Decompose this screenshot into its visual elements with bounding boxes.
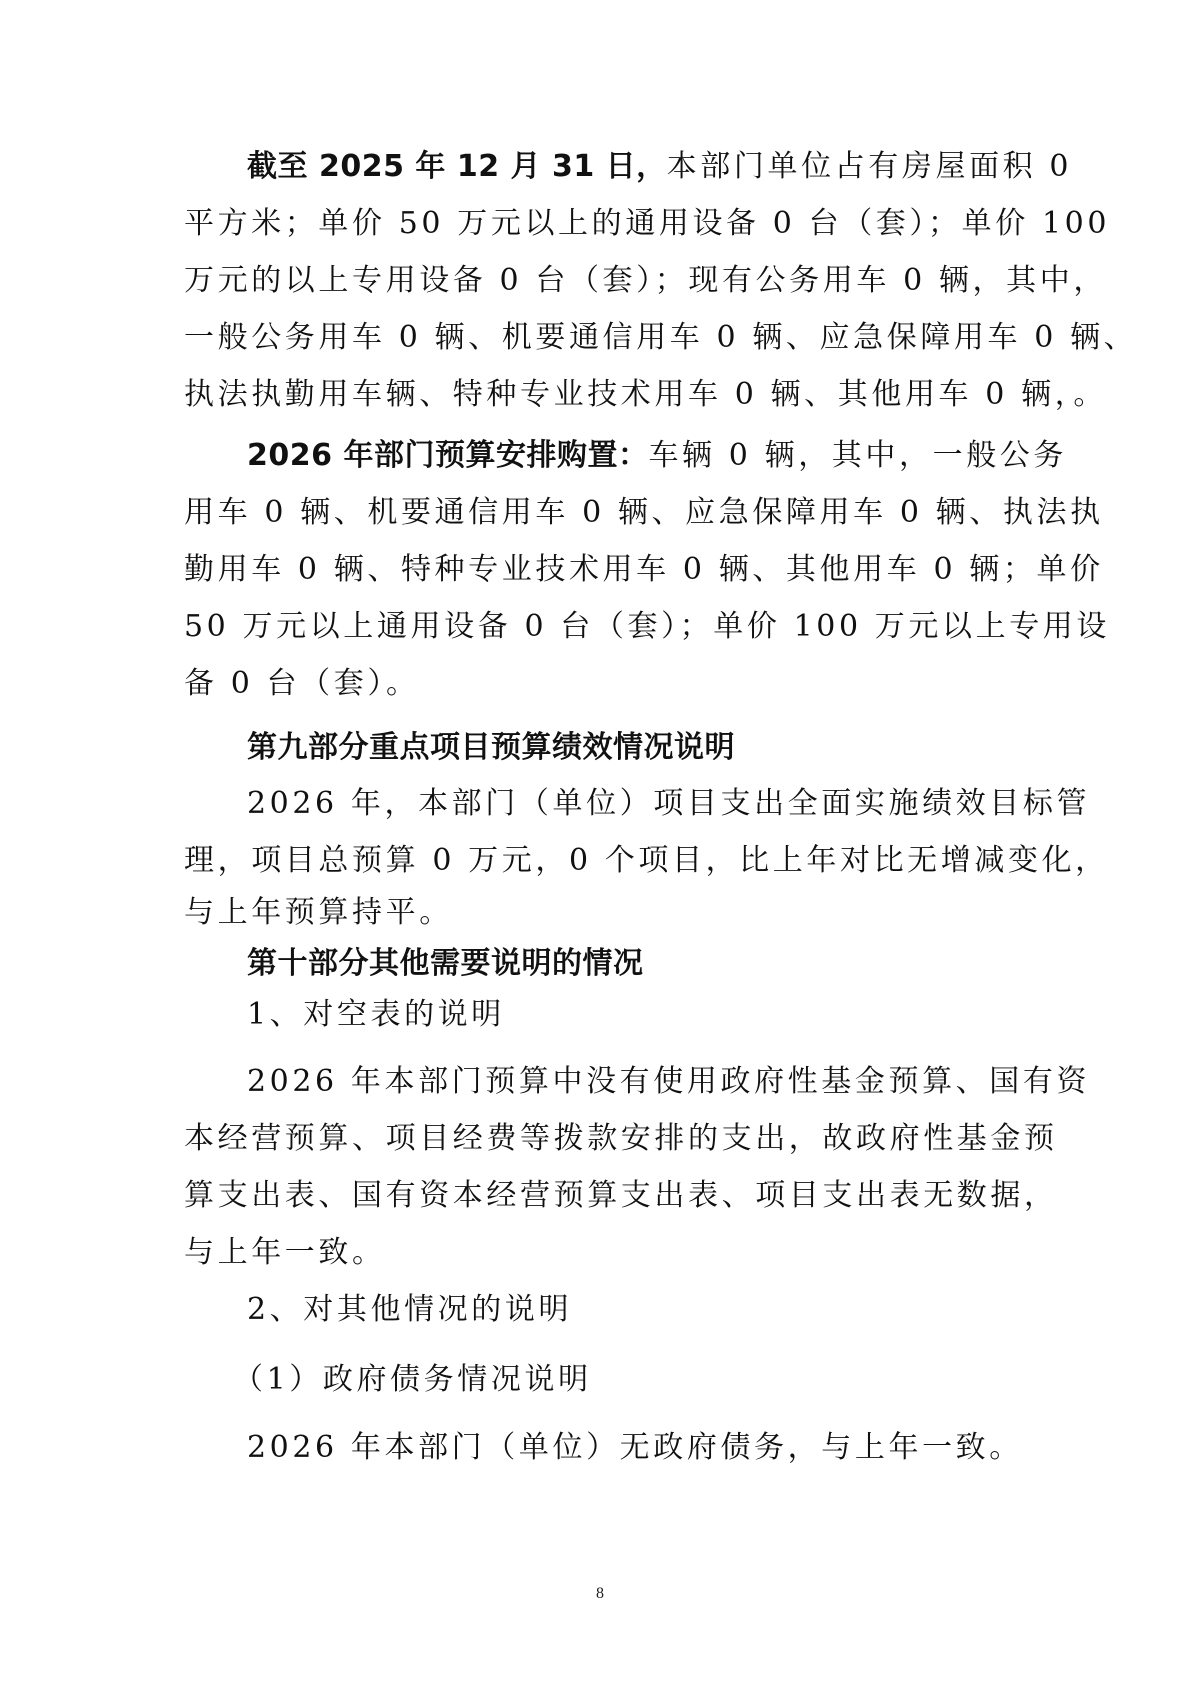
- assets-paragraph-line-2: 平方米；单价 50 万元以上的通用设备 0 台（套）；单价 100: [184, 204, 1024, 244]
- item-1-line-4: 与上年一致。: [184, 1233, 1024, 1273]
- section-9-line-3: 与上年预算持平。: [184, 893, 1024, 933]
- item-2-sub-1-text: 2026 年本部门（单位）无政府债务，与上年一致。: [247, 1428, 1024, 1468]
- document-page: 截至 2025 年 12 月 31 日，本部门单位占有房屋面积 0 平方米；单价…: [0, 0, 1200, 1697]
- assets-lead-bold: 截至 2025 年 12 月 31 日，: [247, 149, 667, 184]
- purchase-paragraph-line-3: 勤用车 0 辆、特种专业技术用车 0 辆、其他用车 0 辆；单价: [184, 550, 1024, 590]
- purchase-paragraph-line-4: 50 万元以上通用设备 0 台（套）；单价 100 万元以上专用设: [184, 607, 1024, 647]
- assets-paragraph-line-5: 执法执勤用车辆、特种专业技术用车 0 辆、其他用车 0 辆，。: [184, 375, 1024, 415]
- purchase-paragraph-line-1: 2026 年部门预算安排购置：车辆 0 辆，其中，一般公务: [247, 436, 1024, 476]
- item-1-line-1: 2026 年本部门预算中没有使用政府性基金预算、国有资: [247, 1062, 1024, 1102]
- section-9-line-1: 2026 年，本部门（单位）项目支出全面实施绩效目标管: [247, 784, 1024, 824]
- purchase-paragraph-line-2: 用车 0 辆、机要通信用车 0 辆、应急保障用车 0 辆、执法执: [184, 493, 1024, 533]
- purchase-paragraph-line-5: 备 0 台（套）。: [184, 664, 1024, 704]
- assets-paragraph-line-3: 万元的以上专用设备 0 台（套）；现有公务用车 0 辆，其中，: [184, 261, 1024, 301]
- item-1-line-2: 本经营预算、项目经费等拨款安排的支出，故政府性基金预: [184, 1119, 1024, 1159]
- item-1-line-3: 算支出表、国有资本经营预算支出表、项目支出表无数据，: [184, 1176, 1024, 1216]
- section-9-heading: 第九部分重点项目预算绩效情况说明: [247, 728, 1024, 768]
- assets-paragraph-line-1: 截至 2025 年 12 月 31 日，本部门单位占有房屋面积 0: [247, 147, 1024, 187]
- assets-line-text: 本部门单位占有房屋面积 0: [667, 149, 1072, 184]
- purchase-line-text: 车辆 0 辆，其中，一般公务: [648, 438, 1067, 473]
- section-10-heading: 第十部分其他需要说明的情况: [247, 944, 1024, 984]
- item-2-title: 2、对其他情况的说明: [247, 1290, 1024, 1330]
- item-1-title: 1、对空表的说明: [247, 995, 1024, 1035]
- assets-paragraph-line-4: 一般公务用车 0 辆、机要通信用车 0 辆、应急保障用车 0 辆、: [184, 318, 1024, 358]
- purchase-lead-bold: 2026 年部门预算安排购置：: [247, 438, 648, 473]
- page-number: 8: [0, 1585, 1200, 1603]
- section-9-line-2: 理，项目总预算 0 万元，0 个项目，比上年对比无增减变化，: [184, 841, 1024, 881]
- item-2-sub-1-title: （1）政府债务情况说明: [233, 1360, 1073, 1400]
